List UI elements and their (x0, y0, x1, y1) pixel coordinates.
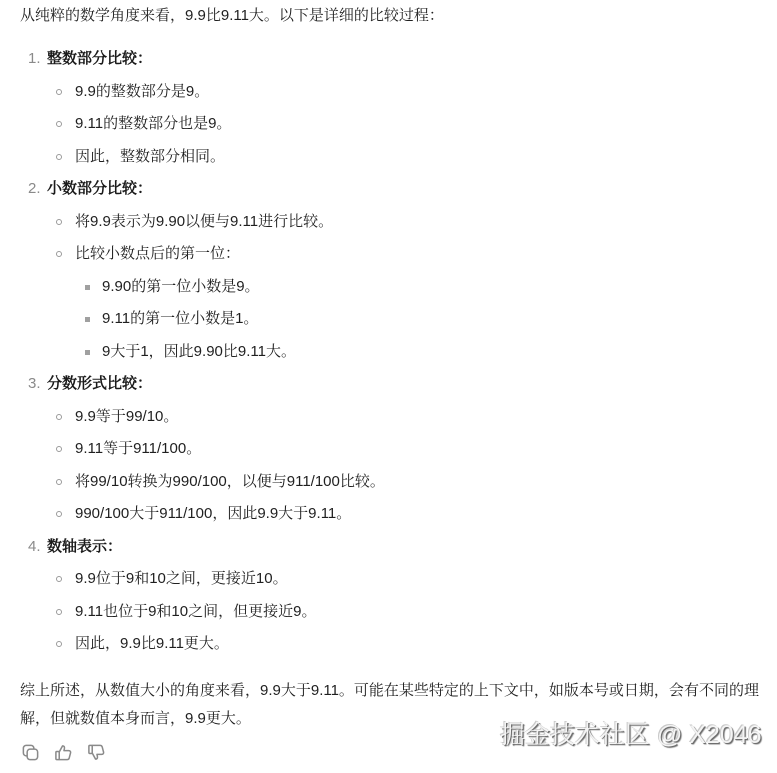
list-item-text: 将9.9表示为9.90以便与9.11进行比较。 (75, 212, 333, 232)
section-title: 数轴表示： (47, 537, 122, 557)
thumbs-up-icon (54, 743, 73, 762)
section-title: 小数部分比较： (47, 179, 152, 199)
square-bullet-icon (85, 317, 90, 322)
list-item-text: 990/100大于911/100，因此9.9大于9.11。 (75, 504, 351, 524)
watermark: 掘金技术社区 @ X2046 (500, 720, 762, 750)
circle-bullet-icon (56, 576, 62, 582)
list-item-text: 9.11等于911/100。 (75, 439, 201, 459)
thumbs-up-button[interactable] (53, 742, 73, 762)
circle-bullet-icon (56, 414, 62, 420)
list-item-text: 9.11的第一位小数是1。 (102, 309, 258, 329)
list-item-text: 9大于1，因此9.90比9.11大。 (102, 342, 296, 362)
circle-bullet-icon (56, 446, 62, 452)
list-item-text: 将99/10转换为990/100，以便与911/100比较。 (75, 472, 385, 492)
list-item-text: 9.9位于9和10之间，更接近10。 (75, 569, 288, 589)
list-item-text: 比较小数点后的第一位： (75, 244, 240, 264)
square-bullet-icon (85, 285, 90, 290)
circle-bullet-icon (56, 641, 62, 647)
section-title: 整数部分比较： (47, 49, 152, 69)
square-bullet-icon (85, 350, 90, 355)
message-actions (20, 742, 106, 762)
circle-bullet-icon (56, 479, 62, 485)
section-number: 4. (28, 537, 41, 557)
section-number: 1. (28, 49, 41, 69)
list-item-text: 9.11的整数部分也是9。 (75, 114, 231, 134)
list-item-text: 9.11也位于9和10之间，但更接近9。 (75, 602, 316, 622)
copy-icon (21, 743, 40, 762)
circle-bullet-icon (56, 154, 62, 160)
thumbs-down-button[interactable] (86, 742, 106, 762)
circle-bullet-icon (56, 609, 62, 615)
copy-button[interactable] (20, 742, 40, 762)
list-item-text: 因此，9.9比9.11更大。 (75, 634, 229, 654)
section-number: 2. (28, 179, 41, 199)
circle-bullet-icon (56, 511, 62, 517)
list-item-text: 9.90的第一位小数是9。 (102, 277, 260, 297)
circle-bullet-icon (56, 251, 62, 257)
circle-bullet-icon (56, 121, 62, 127)
section-title: 分数形式比较： (47, 374, 152, 394)
list-item-text: 因此，整数部分相同。 (75, 147, 225, 167)
list-item-text: 9.9的整数部分是9。 (75, 82, 209, 102)
circle-bullet-icon (56, 89, 62, 95)
section-number: 3. (28, 374, 41, 394)
circle-bullet-icon (56, 219, 62, 225)
thumbs-down-icon (87, 743, 106, 762)
intro-text: 从纯粹的数学角度来看，9.9比9.11大。以下是详细的比较过程： (20, 6, 444, 26)
list-item-text: 9.9等于99/10。 (75, 407, 178, 427)
